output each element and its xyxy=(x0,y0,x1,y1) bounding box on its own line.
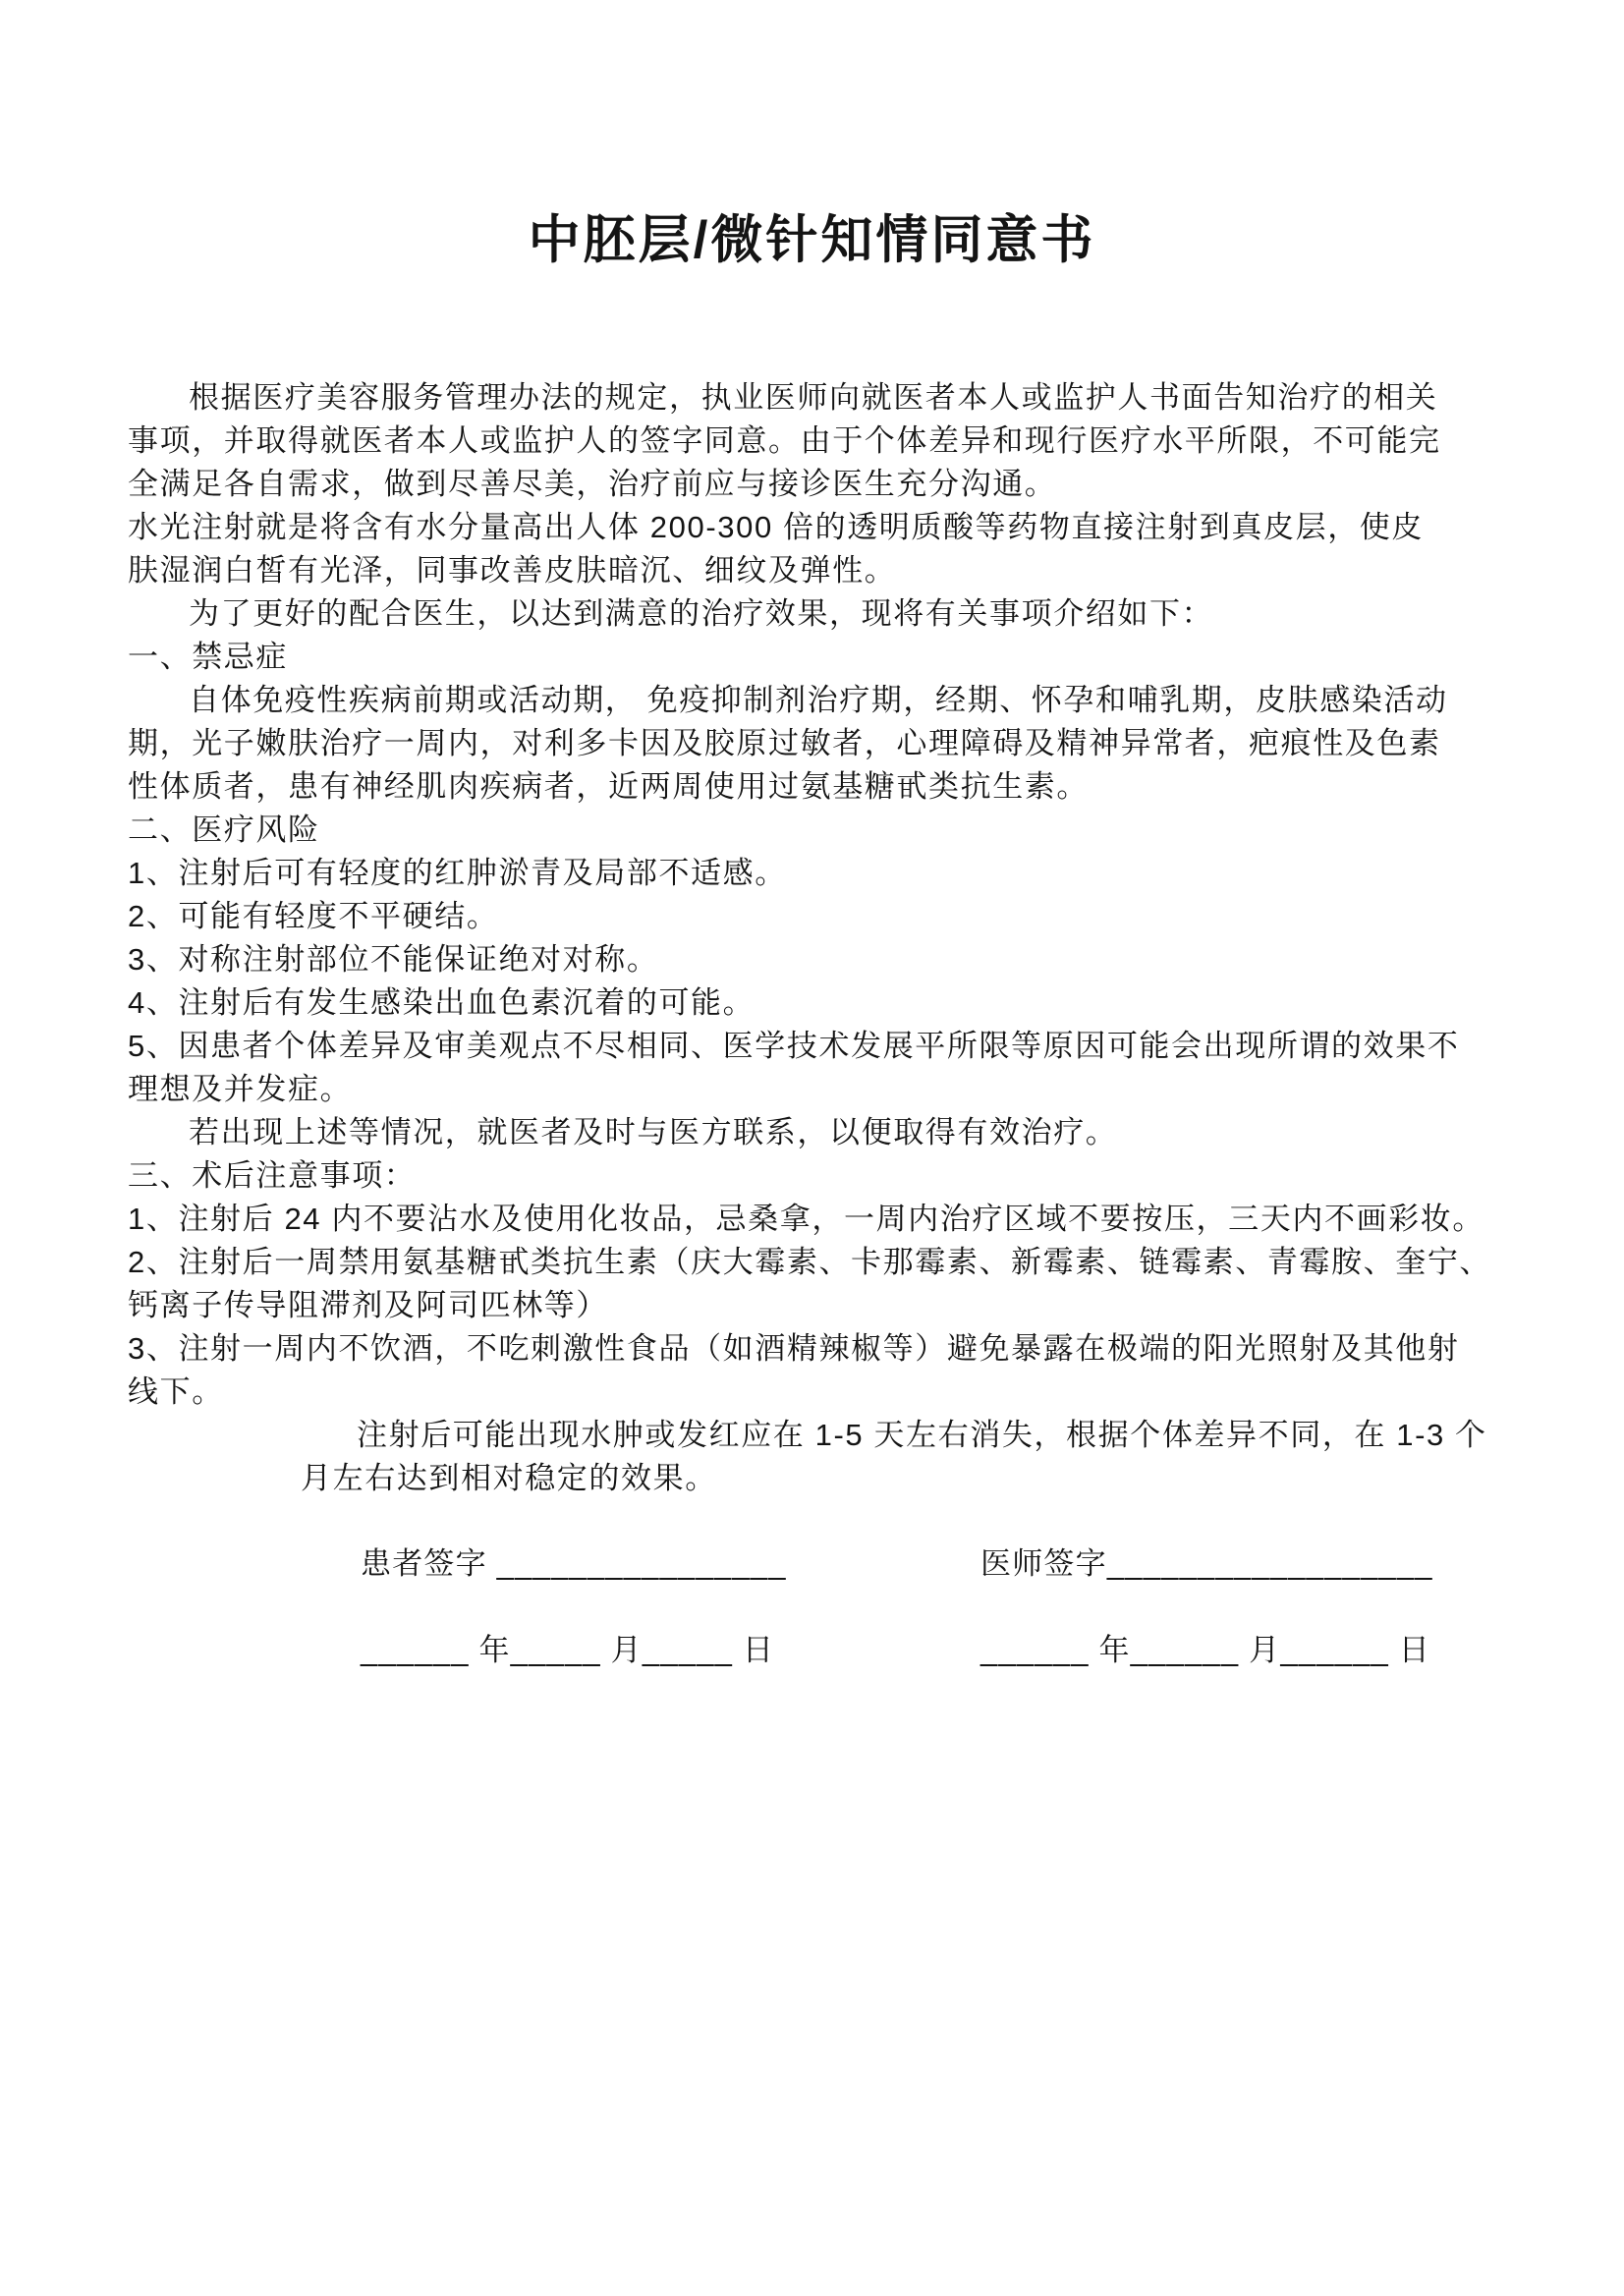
list-item: 5、因患者个体差异及审美观点不尽相同、医学技术发展平所限等原因可能会出现所谓的效… xyxy=(128,1025,1501,1068)
list-item: 2、注射后一周禁用氨基糖甙类抗生素（庆大霉素、卡那霉素、新霉素、链霉素、青霉胺、… xyxy=(128,1241,1501,1284)
signature-row: 患者签字 ________________ 医师签字______________… xyxy=(128,1539,1501,1588)
list-item: 2、可能有轻度不平硬结。 xyxy=(128,895,1501,938)
doctor-signature-label: 医师签字 xyxy=(980,1546,1107,1581)
section-heading-contraindications: 一、禁忌症 xyxy=(128,636,1501,679)
paragraph-line: 期，光子嫩肤治疗一周内，对利多卡因及胶原过敏者，心理障碍及精神异常者，疤痕性及色… xyxy=(128,722,1501,765)
doctor-signature-field: 医师签字__________________ xyxy=(980,1539,1433,1583)
consent-document-page: 中胚层/微针知情同意书 根据医疗美容服务管理办法的规定，执业医师向就医者本人或监… xyxy=(0,0,1624,2296)
paragraph-line: 根据医疗美容服务管理办法的规定，执业医师向就医者本人或监护人书面告知治疗的相关 xyxy=(128,376,1501,420)
date-row: ______ 年_____ 月_____ 日 ______ 年______ 月_… xyxy=(128,1625,1501,1674)
list-item: 线下。 xyxy=(128,1371,1501,1414)
patient-date-blank: ______ 年_____ 月_____ 日 xyxy=(361,1625,774,1669)
doctor-signature-blank: __________________ xyxy=(1107,1546,1433,1581)
document-title: 中胚层/微针知情同意书 xyxy=(0,198,1624,273)
section-heading-medical-risks: 二、医疗风险 xyxy=(128,809,1501,852)
paragraph-line: 若出现上述等情况，就医者及时与医方联系，以便取得有效治疗。 xyxy=(128,1111,1501,1154)
list-item: 1、注射后可有轻度的红肿淤青及局部不适感。 xyxy=(128,852,1501,895)
list-item: 理想及并发症。 xyxy=(128,1068,1501,1111)
document-body: 根据医疗美容服务管理办法的规定，执业医师向就医者本人或监护人书面告知治疗的相关 … xyxy=(128,376,1501,1500)
section-heading-aftercare: 三、术后注意事项： xyxy=(128,1154,1501,1198)
paragraph-line: 注射后可能出现水肿或发红应在 1-5 天左右消失，根据个体差异不同，在 1-3 … xyxy=(128,1414,1501,1457)
list-item: 1、注射后 24 内不要沾水及使用化妆品，忌桑拿，一周内治疗区域不要按压，三天内… xyxy=(128,1198,1501,1241)
patient-signature-label: 患者签字 xyxy=(361,1546,487,1581)
patient-signature-blank: ________________ xyxy=(487,1546,787,1581)
paragraph-line: 月左右达到相对稳定的效果。 xyxy=(128,1457,1501,1500)
patient-signature-field: 患者签字 ________________ xyxy=(361,1539,787,1583)
list-item: 3、注射一周内不饮酒，不吃刺激性食品（如酒精辣椒等）避免暴露在极端的阳光照射及其… xyxy=(128,1327,1501,1371)
paragraph-line: 水光注射就是将含有水分量高出人体 200-300 倍的透明质酸等药物直接注射到真… xyxy=(128,506,1501,549)
paragraph-line: 事项，并取得就医者本人或监护人的签字同意。由于个体差异和现行医疗水平所限，不可能… xyxy=(128,420,1501,463)
paragraph-line: 全满足各自需求，做到尽善尽美，治疗前应与接诊医生充分沟通。 xyxy=(128,463,1501,506)
paragraph-line: 性体质者，患有神经肌肉疾病者，近两周使用过氨基糖甙类抗生素。 xyxy=(128,765,1501,809)
list-item: 4、注射后有发生感染出血色素沉着的可能。 xyxy=(128,981,1501,1025)
paragraph-line: 自体免疫性疾病前期或活动期， 免疫抑制剂治疗期，经期、怀孕和哺乳期，皮肤感染活动 xyxy=(128,679,1501,722)
list-item: 3、对称注射部位不能保证绝对对称。 xyxy=(128,938,1501,981)
list-item: 钙离子传导阻滞剂及阿司匹林等） xyxy=(128,1284,1501,1327)
paragraph-line: 肤湿润白皙有光泽，同事改善皮肤暗沉、细纹及弹性。 xyxy=(128,549,1501,592)
paragraph-line: 为了更好的配合医生，以达到满意的治疗效果，现将有关事项介绍如下： xyxy=(128,592,1501,636)
doctor-date-blank: ______ 年______ 月______ 日 xyxy=(980,1625,1430,1669)
